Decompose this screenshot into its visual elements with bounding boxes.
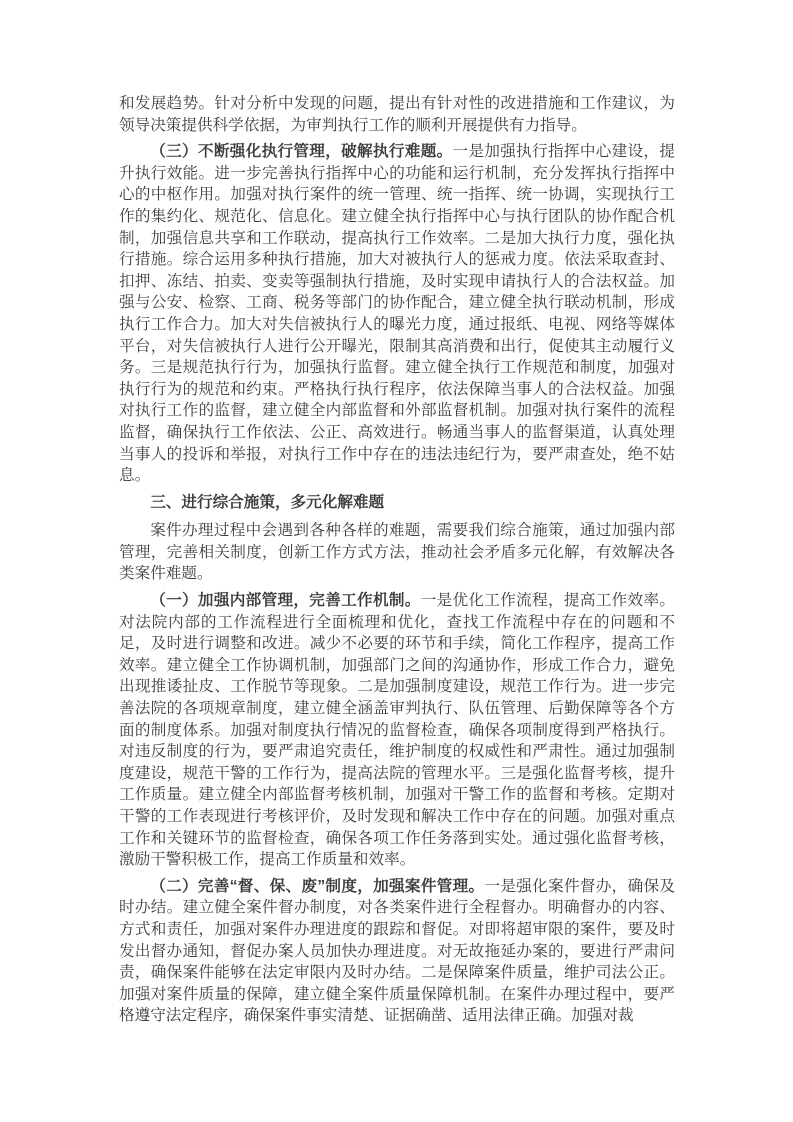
paragraph-body-text: 案件办理过程中会遇到各种各样的难题，需要我们综合施策，通过加强内部管理，完善相关… xyxy=(119,522,675,582)
paragraph: 案件办理过程中会遇到各种各样的难题，需要我们综合施策，通过加强内部管理，完善相关… xyxy=(119,520,675,585)
paragraph: 和发展趋势。针对分析中发现的问题，提出有针对性的改进措施和工作建议，为领导决策提… xyxy=(119,93,675,136)
paragraph-lead-bold: （三）不断强化执行管理，破解执行难题。 xyxy=(150,143,452,160)
paragraph-lead-bold: （二）完善“督、保、废”制度，加强案件管理。 xyxy=(150,878,484,895)
paragraph-body-text: 一是加强执行指挥中心建设，提升执行效能。进一步完善执行指挥中心的功能和运行机制，… xyxy=(119,143,675,484)
paragraph-body-text: 三、进行综合施策，多元化解难题 xyxy=(150,494,384,511)
paragraph-lead-bold: （一）加强内部管理，完善工作机制。 xyxy=(150,592,421,609)
paragraph-body-text: 一是强化案件督办，确保及时办结。建立健全案件督办制度，对各类案件进行全程督办。明… xyxy=(119,878,675,1025)
paragraph: （三）不断强化执行管理，破解执行难题。一是加强执行指挥中心建设，提升执行效能。进… xyxy=(119,141,675,487)
paragraph: 三、进行综合施策，多元化解难题 xyxy=(119,492,675,514)
document-content: 和发展趋势。针对分析中发现的问题，提出有针对性的改进措施和工作建议，为领导决策提… xyxy=(119,93,675,1032)
document-page: 和发展趋势。针对分析中发现的问题，提出有针对性的改进措施和工作建议，为领导决策提… xyxy=(0,0,793,1122)
paragraph: （一）加强内部管理，完善工作机制。一是优化工作流程，提高工作效率。对法院内部的工… xyxy=(119,590,675,871)
paragraph-body-text: 一是优化工作流程，提高工作效率。对法院内部的工作流程进行全面梳理和优化，查找工作… xyxy=(119,592,675,868)
paragraph: （二）完善“督、保、废”制度，加强案件管理。一是强化案件督办，确保及时办结。建立… xyxy=(119,876,675,1027)
paragraph-body-text: 和发展趋势。针对分析中发现的问题，提出有针对性的改进措施和工作建议，为领导决策提… xyxy=(119,95,675,134)
